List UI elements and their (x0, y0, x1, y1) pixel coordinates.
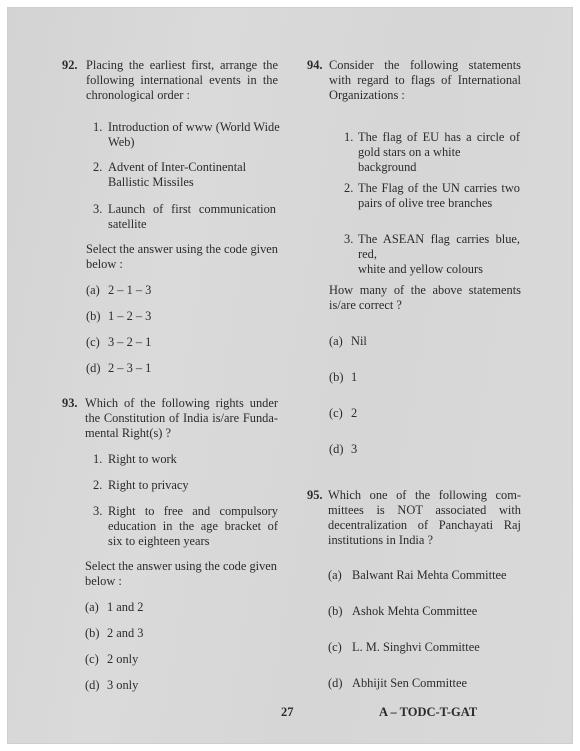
option-a[interactable]: (a)2 – 1 – 3 (86, 283, 151, 298)
option-d[interactable]: (d)3 (329, 442, 357, 457)
item-number: 1. (93, 452, 102, 467)
option-c[interactable]: (c)3 – 2 – 1 (86, 335, 151, 350)
option-b[interactable]: (b)Ashok Mehta Committee (328, 604, 477, 619)
option-d[interactable]: (d)3 only (85, 678, 138, 693)
question-stem: the Constitution of India is/are Funda- (85, 411, 278, 426)
option-b[interactable]: (b)1 (329, 370, 357, 385)
statement-item: Advent of Inter-Continental Ballistic Mi… (108, 160, 280, 190)
answer-instruction: How many of the above statements is/are … (329, 283, 521, 313)
statement-item: Right to free and compulsory education i… (108, 504, 278, 549)
item-number: 2. (93, 160, 102, 175)
option-a[interactable]: (a)1 and 2 (85, 600, 143, 615)
option-a[interactable]: (a)Nil (329, 334, 367, 349)
option-d[interactable]: (d)2 – 3 – 1 (86, 361, 151, 376)
statement-item: Right to work (108, 452, 177, 467)
statement-item: Right to privacy (108, 478, 189, 493)
item-number: 3. (93, 504, 102, 519)
statement-item: Introduction of www (World Wide Web) (108, 120, 280, 150)
answer-instruction: Select the answer using the code given b… (85, 559, 279, 589)
option-b[interactable]: (b)1 – 2 – 3 (86, 309, 151, 324)
question-stem: Which of the following rights under (85, 396, 278, 411)
option-c[interactable]: (c)2 (329, 406, 357, 421)
item-number: 1. (344, 130, 353, 145)
question-stem: Placing the earliest first, arrange the (86, 58, 278, 73)
statement-item: The ASEAN flag carries blue, red, white … (358, 232, 520, 277)
option-d[interactable]: (d)Abhijit Sen Committee (328, 676, 467, 691)
statement-item: Launch of first communication satellite (108, 202, 276, 232)
question-stem: chronological order : (86, 88, 190, 103)
option-a[interactable]: (a)Balwant Rai Mehta Committee (328, 568, 507, 583)
page-number: 27 (281, 705, 294, 720)
item-number: 3. (344, 232, 353, 247)
question-number: 94. (307, 58, 323, 73)
question-stem: decentralization of Panchayati Raj (328, 518, 521, 533)
item-number: 3. (93, 202, 102, 217)
question-number: 95. (307, 488, 323, 503)
item-number: 1. (93, 120, 102, 135)
question-stem: Consider the following statements (329, 58, 521, 73)
question-stem: mental Right(s) ? (85, 426, 171, 441)
question-stem: Which one of the following com- (328, 488, 521, 503)
question-stem: mittees is NOT associated with (328, 503, 521, 518)
booklet-code: A – TODC-T-GAT (379, 705, 477, 720)
option-c[interactable]: (c)2 only (85, 652, 138, 667)
question-stem: following international events in the (86, 73, 278, 88)
item-number: 2. (93, 478, 102, 493)
question-stem: institutions in India ? (328, 533, 433, 548)
statement-item: The Flag of the UN carries two pairs of … (358, 181, 520, 211)
question-number: 93. (62, 396, 78, 411)
question-stem: with regard to flags of International (329, 73, 521, 88)
item-number: 2. (344, 181, 353, 196)
option-b[interactable]: (b)2 and 3 (85, 626, 143, 641)
question-stem: Organizations : (329, 88, 405, 103)
exam-page: 92. Placing the earliest first, arrange … (7, 7, 573, 744)
option-c[interactable]: (c)L. M. Singhvi Committee (328, 640, 480, 655)
answer-instruction: Select the answer using the code given b… (86, 242, 280, 272)
question-number: 92. (62, 58, 78, 73)
statement-item: The flag of EU has a circle of gold star… (358, 130, 520, 175)
